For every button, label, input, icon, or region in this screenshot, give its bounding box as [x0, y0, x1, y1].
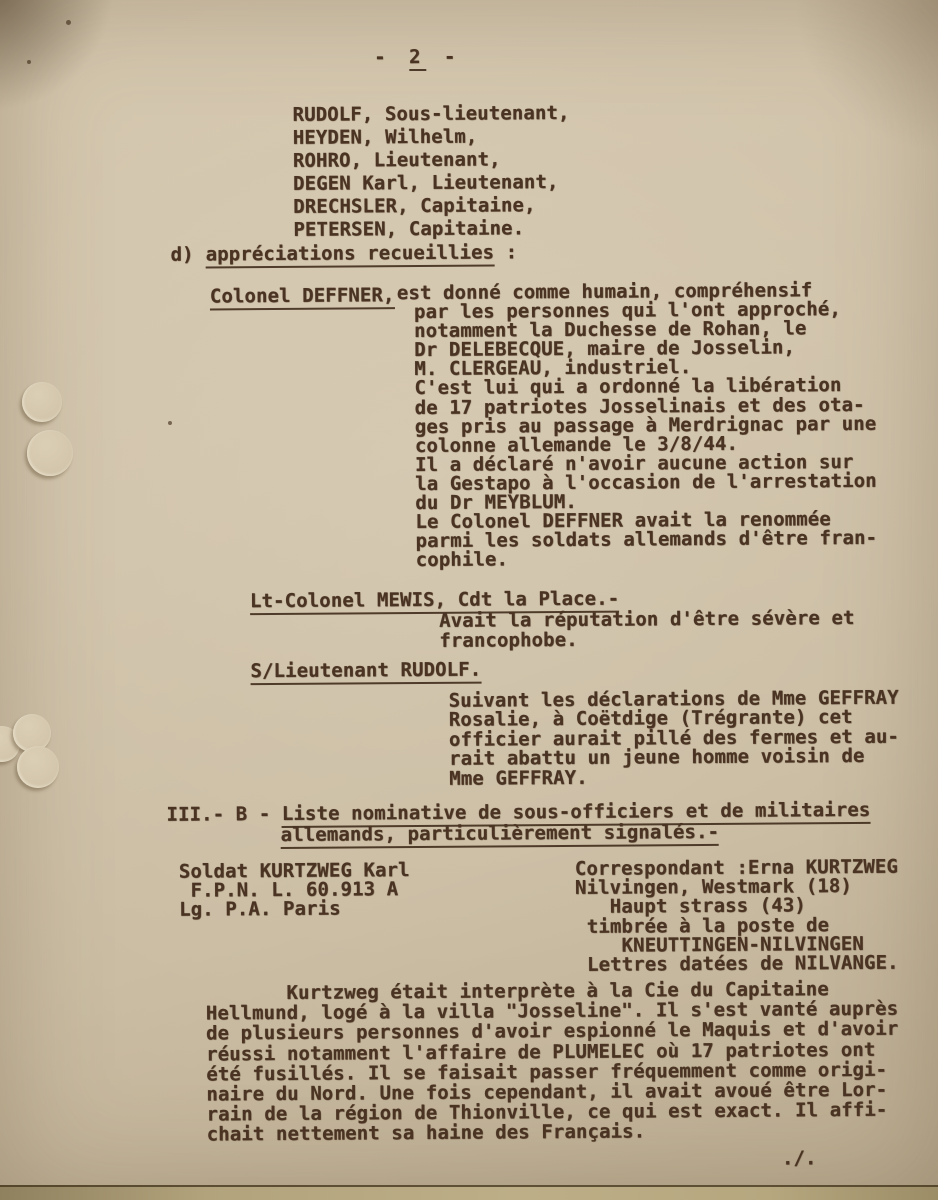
section-3b-title-part2: allemands, particulièrement signalés.- — [281, 820, 720, 848]
page-number-prefix: - — [374, 46, 409, 68]
officer-line: RUDOLF, Sous-lieutenant, — [293, 102, 570, 127]
section-d-colon: : — [494, 241, 517, 263]
text-line: Mme GEFFRAY. — [449, 766, 899, 789]
typewritten-content: - 2 - RUDOLF, Sous-lieutenant, HEYDEN, W… — [0, 0, 938, 1200]
text-line: Lettres datées de NILVANGE. — [575, 954, 898, 975]
document-page: - 2 - RUDOLF, Sous-lieutenant, HEYDEN, W… — [0, 0, 938, 1200]
text-line: Lg. P.A. Paris — [179, 899, 410, 920]
officer-line: HEYDEN, Wilhelm, — [293, 125, 570, 150]
text-line: chait nettement sa haine des Français. — [207, 1120, 899, 1145]
section-d-heading: d)appréciations recueillies : — [171, 241, 518, 265]
continuation-mark: ./. — [782, 1147, 817, 1169]
page-number-suffix: - — [426, 46, 461, 68]
mewis-paragraph: Avait la réputation d'être sévère et fra… — [439, 608, 855, 651]
section-3b-heading: III.- B - Liste nominative de sous-offic… — [166, 800, 870, 846]
section-d-title: appréciations recueillies — [206, 241, 495, 268]
correspondent-block: Correspondant :Erna KURTZWEG Nilvingen, … — [575, 858, 899, 975]
text-line: rait abattu un jeune homme voisin de — [449, 747, 899, 770]
page-number-value: 2 — [409, 46, 427, 71]
soldier-block: Soldat KURTZWEG Karl F.P.N. L. 60.913 A … — [179, 861, 410, 920]
officer-line: DEGEN Karl, Lieutenant, — [293, 171, 570, 196]
page-number: - 2 - — [374, 46, 461, 69]
underlying-page-edge — [0, 1185, 938, 1200]
text-line: francophobe. — [439, 628, 855, 651]
officer-line: PETERSEN, Capitaine. — [293, 217, 570, 242]
text-line: Avait la réputation d'être sévère et — [439, 608, 855, 631]
officer-line: DRECHSLER, Capitaine, — [293, 194, 570, 219]
rudolf-name: S/Lieutenant RUDOLF. — [250, 659, 481, 683]
officer-list-block: RUDOLF, Sous-lieutenant, HEYDEN, Wilhelm… — [293, 102, 571, 242]
section-d-label: d) — [171, 244, 194, 266]
kurtzweg-paragraph: Kurtzweg était interprète à la Cie du Ca… — [206, 979, 899, 1145]
rudolf-paragraph: Suivant les déclarations de Mme GEFFRAY … — [449, 689, 900, 789]
deffner-paragraph: est donné comme humain, compréhensif par… — [414, 281, 878, 571]
officer-line: ROHRO, Lieutenant, — [293, 148, 570, 173]
text-line: cophile. — [416, 548, 878, 570]
deffner-name: Colonel DEFFNER, — [210, 284, 395, 307]
section-3b-number: III.- B - — [166, 803, 282, 826]
